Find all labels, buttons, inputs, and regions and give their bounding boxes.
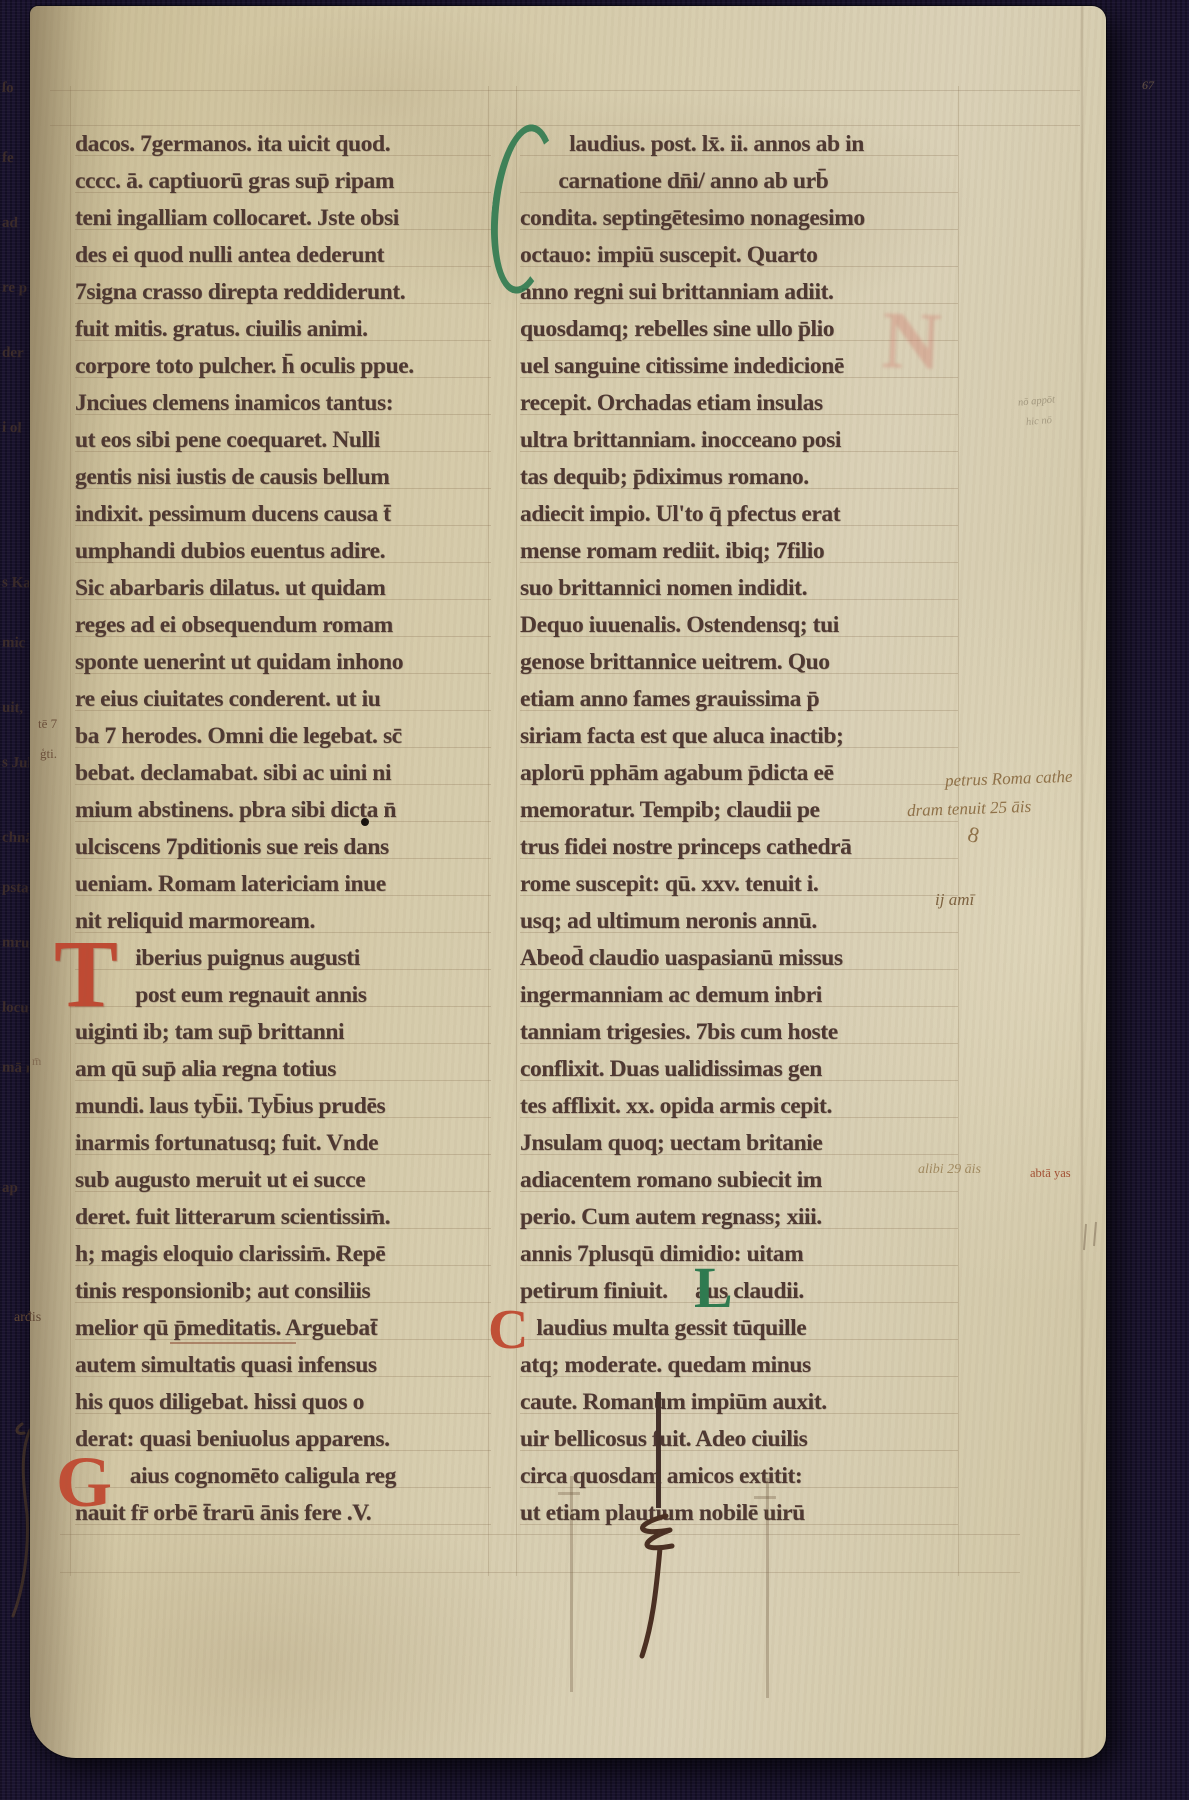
edge-text-fragment: i ol [2, 420, 22, 438]
margin-gloss-left-3: m̄ [32, 1054, 41, 1069]
initial-L-green: L [694, 1259, 733, 1317]
text-line: 7signa crasso direpta reddiderunt. [75, 274, 491, 311]
edge-text-fragment: s Ka [2, 575, 30, 593]
text-line: aplorū pphām agabum p̄dicta eē [520, 755, 958, 792]
edge-text-fragment: mā n [2, 1060, 30, 1078]
text-line: annis 7plusqū dimidio: uitam [520, 1236, 958, 1273]
text-line: Jnsulam quoq; uectam britanie [520, 1125, 958, 1162]
edge-text-fragment: mrui [2, 935, 30, 953]
margin-note-petrus-1: petrus Roma cathe [945, 767, 1073, 791]
text-line: uir bellicosus fuit. Adeo ciuilis [520, 1421, 958, 1458]
margin-gloss-left-1: tē 7 [38, 716, 57, 732]
text-line: adiecit impio. Ul'to q̄ pfectus erat [520, 496, 958, 533]
text-line: cccc. ā. captiuorū gras sup̄ ripam [75, 163, 491, 200]
folio-number: 67 [1142, 78, 1154, 93]
text-line: Dequo iuuenalis. Ostendensq; tui [520, 607, 958, 644]
text-line: teni ingalliam collocaret. Jste obsi [75, 200, 491, 237]
offset-red-ghost-letter: N [880, 293, 942, 389]
text-line: deret. fuit litterarum scientissim̄. [75, 1199, 491, 1236]
text-line: ut etiam plautium nobilē uirū [520, 1495, 958, 1532]
ruling-line-vertical [70, 86, 71, 1576]
red-underline [170, 1342, 296, 1344]
edge-text-fragment: fe [2, 150, 14, 167]
text-line: indixit. pessimum ducens causa t̄ [75, 496, 491, 533]
text-line: petirum finiuit. aus claudii. [520, 1273, 958, 1310]
text-line: tanniam trigesies. 7bis cum hoste [520, 1014, 958, 1051]
ruling-line [60, 1572, 1020, 1573]
edge-text-fragment: chnā [2, 830, 30, 848]
margin-note-alibi: alibi 29 āis [918, 1162, 981, 1178]
catchword-flourish [622, 1508, 692, 1678]
text-line: usq; ad ultimum neronis annū. [520, 903, 958, 940]
edge-text-fragment: mic [2, 635, 26, 653]
text-line: ingermanniam ac demum inbri [520, 977, 958, 1014]
text-line: Abeod̄ claudio uaspasianū missus [520, 940, 958, 977]
edge-text-fragment: s Jul [2, 755, 30, 773]
text-line: sub augusto meruit ut ei succe [75, 1162, 491, 1199]
text-line: siriam facta est que aluca inactib; [520, 718, 958, 755]
edge-text-fragment: uit, [2, 700, 24, 718]
text-line: atq; moderate. quedam minus [520, 1347, 958, 1384]
text-line: gentis nisi iustis de causis bellum [75, 459, 491, 496]
text-line: dacos. 7germanos. ita uicit quod. [75, 126, 491, 163]
text-line: condita. septingētesimo nonagesimo [520, 200, 958, 237]
edge-text-fragment: der [2, 345, 24, 363]
text-line: h; magis eloquio clarissim̄. Repē [75, 1236, 491, 1273]
margin-note-petrus-2: dram tenuit 25 āis [907, 797, 1032, 821]
photo-background: ſofeadre pderi ols Kamicuit,s Julchnāpst… [0, 0, 1189, 1800]
margin-note-faint-2: hic nō [1026, 415, 1053, 428]
margin-flourish: 8 [965, 821, 982, 849]
text-line: ut eos sibi pene coequaret. Nulli [75, 422, 491, 459]
text-line: genose brittannice ueitrem. Quo [520, 644, 958, 681]
text-line: tinis responsionib; aut consiliis [75, 1273, 491, 1310]
text-line: rome suscepit: qū. xxv. tenuit i. [520, 866, 958, 903]
text-line: sponte uenerint ut quidam inhono [75, 644, 491, 681]
text-line: Sic abarbaris dilatus. ut quidam [75, 570, 491, 607]
margin-gloss-left-4: arđis [14, 1310, 41, 1326]
text-line: corpore toto pulcher. h̄ oculis ppue. [75, 348, 491, 385]
text-line: laudius multa gessit tūquille [520, 1310, 958, 1347]
text-line: inarmis fortunatusq; fuit. Vnde [75, 1125, 491, 1162]
text-line: derat: quasi beniuolus apparens. [75, 1421, 491, 1458]
faint-descender [570, 1476, 573, 1692]
text-line: tas dequib; p̄diximus romano. [520, 459, 958, 496]
margin-note-red-gloss: abtā yas [1030, 1166, 1071, 1181]
text-line: mundi. laus tyb̄ii. Tyb̄ius prudēs [75, 1088, 491, 1125]
text-line: ueniam. Romam latericiam inue [75, 866, 491, 903]
initial-G-red: G [56, 1446, 112, 1518]
faint-crossbar [754, 1496, 776, 1499]
text-line: ulciscens 7pditionis sue reis dans [75, 829, 491, 866]
initial-T-red: T [54, 926, 118, 1022]
descender-stroke [656, 1392, 661, 1508]
text-line: trus fidei nostre princeps cathedrā [520, 829, 958, 866]
text-line: recepit. Orchadas etiam insulas [520, 385, 958, 422]
manuscript-page: dacos. 7germanos. ita uicit quod.cccc. ā… [30, 6, 1106, 1758]
faint-pen-marks [1080, 1220, 1104, 1256]
text-line: tes afflixit. xx. opida armis cepit. [520, 1088, 958, 1125]
text-line: perio. Cum autem regnass; xiii. [520, 1199, 958, 1236]
text-line: des ei quod nulli antea dederunt [75, 237, 491, 274]
initial-C-red: C [488, 1302, 528, 1358]
text-line: adiacentem romano subiecit im [520, 1162, 958, 1199]
margin-note-tironian: ij amī [935, 890, 974, 910]
text-line: aius cognomēto caligula reg [75, 1458, 491, 1495]
text-line: his quos diligebat. hissi quos o [75, 1384, 491, 1421]
ruling-line [60, 1534, 1020, 1535]
text-line: laudius. post. lx̄. ii. annos ab in [520, 126, 958, 163]
ruling-line [50, 90, 1080, 91]
text-line: uiginti ib; tam sup̄ brittanni [75, 1014, 491, 1051]
text-line: memoratur. Tempib; claudii pe [520, 792, 958, 829]
text-line: suo brittannici nomen indidit. [520, 570, 958, 607]
margin-gloss-left-2: ģti. [40, 746, 57, 762]
text-line: etiam anno fames grauissima p̄ [520, 681, 958, 718]
text-column-left: dacos. 7germanos. ita uicit quod.cccc. ā… [75, 126, 491, 1532]
text-line: fuit mitis. gratus. ciuilis animi. [75, 311, 491, 348]
edge-text-fragment: psta [2, 880, 29, 898]
text-line: caute. Romanum impiūm auxit. [520, 1384, 958, 1421]
text-line: conflixit. Duas ualidissimas gen [520, 1051, 958, 1088]
page-crease [1080, 6, 1084, 1758]
edge-text-fragment: ſo [2, 80, 14, 97]
margin-note-faint-1: nō appōt [1018, 394, 1056, 408]
text-line: re eius ciuitates conderent. ut iu [75, 681, 491, 718]
wormhole [361, 818, 369, 826]
text-line: octauo: impiū suscepit. Quarto [520, 237, 958, 274]
faint-crossbar [558, 1492, 580, 1495]
text-line: post eum regnauit annis [75, 977, 491, 1014]
text-line: circa quosdam amicos extitit: [520, 1458, 958, 1495]
text-line: Jnciues clemens inamicos tantus: [75, 385, 491, 422]
text-line: am qū sup̄ alia regna totius [75, 1051, 491, 1088]
edge-text-fragment: ap [2, 1180, 18, 1198]
text-line: iberius puignus augusti [75, 940, 491, 977]
text-line: reges ad ei obsequendum romam [75, 607, 491, 644]
text-line: bebat. declamabat. sibi ac uini ni [75, 755, 491, 792]
text-line: ultra brittanniam. inocceano posi [520, 422, 958, 459]
edge-text-fragment: locup [2, 1000, 30, 1018]
text-line: autem simultatis quasi infensus [75, 1347, 491, 1384]
ruling-line-vertical [958, 86, 959, 1576]
text-line: carnatione dn̄i/ anno ab urb̄ [520, 163, 958, 200]
text-line: nit reliquid marmoream. [75, 903, 491, 940]
text-line: nauit fr̄ orbē t̄rarū ānis fere .V. [75, 1495, 491, 1532]
faint-descender [766, 1478, 769, 1698]
edge-text-fragment: ad [2, 215, 18, 233]
text-line: ba 7 herodes. Omni die legebat. sc̄ [75, 718, 491, 755]
text-line: umphandi dubios euentus adire. [75, 533, 491, 570]
text-line: mense romam rediit. ibiq; 7filio [520, 533, 958, 570]
edge-text-fragment: re p [2, 280, 28, 298]
text-line: mium abstinens. pbra sibi dicta n̄ [75, 792, 491, 829]
